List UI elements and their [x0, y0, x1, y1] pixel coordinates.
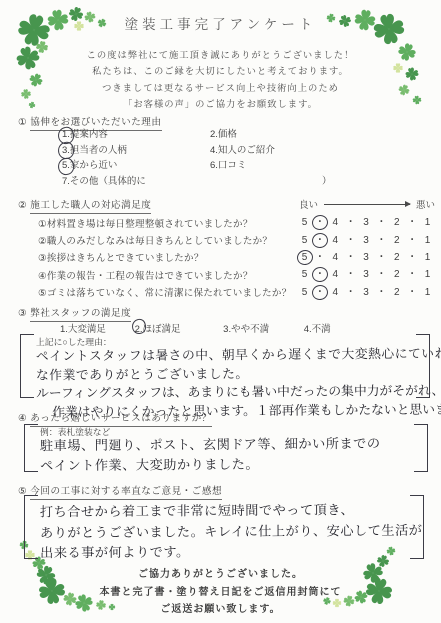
- handwriting-line: 打ち合せから着工まで非常に短時間でやって頂き、: [40, 500, 423, 523]
- rating-rows: ①材料置き場は毎日整理整頓されていましたか？ 5・4・3・2・1 ②職人のみだし…: [38, 214, 434, 301]
- scale-token: 4: [329, 234, 342, 247]
- intro-line: 「お客様の声」のご協力をお願致します。: [0, 96, 441, 112]
- reason-option-1: 1.提案内容: [62, 129, 210, 141]
- scale-token: 3: [360, 234, 373, 247]
- section-title: 施工した職人の対応満足度: [30, 200, 151, 214]
- scale-token: 4: [329, 268, 342, 281]
- section4-heading: ④ あったら嬉しいサービスはありますか？: [18, 410, 212, 424]
- scale-token: ・: [375, 251, 388, 264]
- scale-token: 5: [298, 268, 311, 281]
- rating-scale: 5・4・3・2・1: [298, 251, 434, 264]
- rating-row-1: ①材料置き場は毎日整理整頓されていましたか？ 5・4・3・2・1: [38, 214, 434, 231]
- footer-line: ご協力ありがとうございました。: [0, 566, 441, 584]
- intro-text: この度は弊社にて施工頂き誠にありがとうございました！ 私たちは、このご縁を大切に…: [0, 47, 441, 113]
- scale-token: 3: [360, 286, 373, 299]
- handwriting-line: 駐車場、門廻り、ポスト、玄関ドア等、細かい所までの: [40, 434, 381, 456]
- satisfaction-option-4: 4.不満: [304, 321, 331, 335]
- reason-option-4: 4.知人のご紹介: [210, 145, 425, 157]
- scale-token: 1: [421, 286, 434, 299]
- other-close-paren: ）: [210, 176, 425, 188]
- selected-rating-mark: ・: [313, 234, 326, 247]
- handwriting-line: ペイントスタッフは暑さの中、朝早くから遅くまで大変熱心にていねい: [36, 344, 441, 366]
- scale-token: ・: [344, 216, 357, 229]
- scale-token: 3: [360, 216, 373, 229]
- page-title: 塗装工事完了アンケート: [0, 13, 441, 33]
- scale-token: ・: [406, 216, 419, 229]
- reason-box: 上記に○した理由： ペイントスタッフは暑さの中、朝早くから遅くまで大変熱心にてい…: [20, 334, 430, 398]
- rating-scale: 5・4・3・2・1: [298, 216, 434, 229]
- section3-heading: ③ 弊社スタッフの満足度: [18, 305, 131, 319]
- reason-option-2: 2.価格: [210, 129, 425, 141]
- scale-token: ・: [344, 251, 357, 264]
- satisfaction-options: 1.大変満足 2.ほぼ満足 3.やや不満 4.不満: [60, 321, 331, 335]
- scale-token: ・: [313, 251, 326, 264]
- selected-rating-mark: ・: [313, 216, 326, 229]
- rating-scale: 5・4・3・2・1: [298, 268, 434, 281]
- satisfaction-option-1: 1.大変満足: [60, 321, 106, 335]
- question-text: ②職人のみだしなみは毎日きちんとしていましたか？: [38, 233, 272, 247]
- section-number: ④: [18, 413, 27, 424]
- survey-sheet: 塗装工事完了アンケート この度は弊社にて施工頂き誠にありがとうございました！ 私…: [0, 0, 441, 623]
- scale-token: ・: [406, 286, 419, 299]
- scale-token: 5: [298, 216, 311, 229]
- question-text: ④作業の報告・工程の報告はできていましたか？: [38, 268, 253, 282]
- scale-token: 2: [390, 234, 403, 247]
- satisfaction-option-2: 2.ほぼ満足: [135, 321, 181, 335]
- scale-token: ・: [375, 234, 388, 247]
- question-text: ①材料置き場は毎日整理整頓されていましたか？: [38, 216, 253, 230]
- handwriting-line: ペイント作業、大変助かりました。: [40, 454, 381, 476]
- rating-scale: 5・4・3・2・1: [298, 234, 434, 247]
- scale-token: ・: [344, 268, 357, 281]
- handwritten-feedback: 打ち合せから着工まで非常に短時間でやって頂き、 ありがとうございました。キレイに…: [40, 500, 423, 564]
- scale-token: 5: [298, 286, 311, 299]
- scale-token: 2: [390, 286, 403, 299]
- selected-rating-mark: 5: [298, 251, 311, 264]
- reason-option-3: 3.担当者の人柄: [62, 145, 210, 157]
- scale-token: 4: [329, 286, 342, 299]
- scale-token: ・: [375, 216, 388, 229]
- reason-options: 1.提案内容 2.価格 3.担当者の人柄 4.知人のご紹介 5.家から近い 6.…: [62, 129, 425, 188]
- scale-token: 4: [329, 251, 342, 264]
- rating-scale: 5・4・3・2・1: [298, 286, 434, 299]
- rating-row-4: ④作業の報告・工程の報告はできていましたか？ 5・4・3・2・1: [38, 266, 434, 283]
- scale-token: ・: [406, 234, 419, 247]
- service-request-box: 例：表札塗装など 駐車場、門廻り、ポスト、玄関ドア等、細かい所までの ペイント作…: [24, 424, 428, 472]
- good-label: 良い: [299, 197, 318, 211]
- scale-token: 1: [421, 268, 434, 281]
- intro-line: 私たちは、このご縁を大切にしたいと考えております。: [0, 63, 441, 79]
- good-to-bad-arrow: [324, 204, 410, 205]
- scale-token: ・: [344, 234, 357, 247]
- scale-token: 4: [329, 216, 342, 229]
- scale-token: ・: [375, 268, 388, 281]
- intro-line: つきましては更なるサービス向上や技術向上のため: [0, 80, 441, 96]
- scale-token: ・: [406, 251, 419, 264]
- scale-token: ・: [344, 286, 357, 299]
- selected-rating-mark: ・: [313, 268, 326, 281]
- scale-token: 1: [421, 216, 434, 229]
- reason-option-7: 7.その他（具体的に: [62, 176, 210, 188]
- footer-line: 本書と完了書・塗り替え日記をご返信用封筒にて: [0, 584, 441, 602]
- reason-option-5: 5.家から近い: [62, 160, 210, 172]
- handwriting-line: ルーフィングスタッフは、あまりにも暑い中だったの集中力がそがれ、: [36, 381, 441, 403]
- rating-row-3: ③挨拶はきちんとできていましたか？ 5・4・3・2・1: [38, 249, 434, 266]
- question-text: ⑤ゴミは落ちていなく、常に清潔に保たれていましたか？: [38, 285, 292, 299]
- scale-token: ・: [406, 268, 419, 281]
- footer-message: ご協力ありがとうございました。 本書と完了書・塗り替え日記をご返信用封筒にて ご…: [0, 566, 441, 619]
- section2-heading: ② 施工した職人の対応満足度: [18, 197, 151, 211]
- scale-token: 5: [298, 234, 311, 247]
- rating-row-2: ②職人のみだしなみは毎日きちんとしていましたか？ 5・4・3・2・1: [38, 231, 434, 248]
- scale-token: 2: [390, 268, 403, 281]
- handwriting-line: ありがとうございました。キレイに仕上がり、安心して生活が: [40, 520, 423, 543]
- section-number: ①: [18, 117, 27, 128]
- rating-row-5: ⑤ゴミは落ちていなく、常に清潔に保たれていましたか？ 5・4・3・2・1: [38, 284, 434, 301]
- footer-line: ご返送お願い致します。: [0, 601, 441, 619]
- question-text: ③挨拶はきちんとできていましたか？: [38, 250, 204, 264]
- scale-token: 1: [421, 234, 434, 247]
- feedback-box: 打ち合せから着工まで非常に短時間でやって頂き、 ありがとうございました。キレイに…: [24, 495, 424, 559]
- handwritten-service-request: 駐車場、門廻り、ポスト、玄関ドア等、細かい所までの ペイント作業、大変助かりまし…: [40, 434, 381, 476]
- reason-option-6: 6.口コミ: [210, 160, 425, 172]
- selected-rating-mark: ・: [313, 286, 326, 299]
- section-number: ②: [18, 200, 27, 211]
- scale-token: 2: [390, 251, 403, 264]
- handwriting-line: 出来る事が何よりです。: [40, 541, 423, 564]
- rating-legend: 良い 悪い: [299, 197, 435, 211]
- scale-token: ・: [375, 286, 388, 299]
- section1-heading: ① 協伸をお選びいただいた理由: [18, 114, 162, 128]
- bad-label: 悪い: [416, 197, 435, 211]
- intro-line: この度は弊社にて施工頂き誠にありがとうございました！: [0, 47, 441, 63]
- scale-token: 1: [421, 251, 434, 264]
- section-title: 弊社スタッフの満足度: [30, 308, 131, 322]
- satisfaction-option-3: 3.やや不満: [223, 321, 269, 335]
- scale-token: 2: [390, 216, 403, 229]
- section-number: ③: [18, 308, 27, 319]
- reason-box-label: 上記に○した理由：: [36, 335, 112, 348]
- scale-token: 3: [360, 251, 373, 264]
- scale-token: 3: [360, 268, 373, 281]
